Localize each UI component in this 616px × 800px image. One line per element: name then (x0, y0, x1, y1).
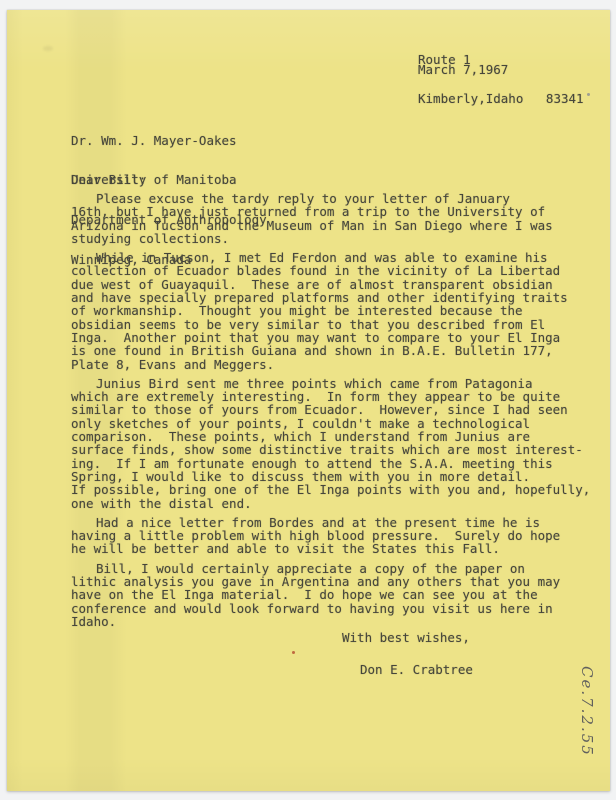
salutation: Dear Bill: (71, 173, 146, 186)
signature: Don E. Crabtree (360, 663, 473, 676)
scan-speck (587, 93, 590, 96)
letter-paper: Route 1 Kimberly,Idaho 83341 March 7,196… (7, 10, 610, 791)
sender-address-line: Kimberly,Idaho 83341 (418, 92, 584, 105)
recipient-name: Dr. Wm. J. Mayer-Oakes (71, 134, 267, 147)
paragraph: While in Tucson, I met Ed Ferdon and was… (71, 251, 611, 371)
sender-address: Route 1 Kimberly,Idaho 83341 (418, 26, 584, 132)
paragraph: Please excuse the tardy reply to your le… (71, 192, 611, 245)
paragraph: Junius Bird sent me three points which c… (71, 377, 611, 510)
letter-date: March 7,1967 (418, 63, 508, 76)
letter-body: Please excuse the tardy reply to your le… (71, 192, 611, 628)
paragraph: Had a nice letter from Bordes and at the… (71, 516, 611, 556)
paragraph: Bill, I would certainly appreciate a cop… (71, 562, 611, 628)
closing: With best wishes, (342, 631, 470, 644)
catalog-annotation-handwritten: Ce.7.2.55 (578, 666, 596, 757)
scan-smudge (43, 46, 53, 51)
scan-speck (292, 651, 295, 654)
